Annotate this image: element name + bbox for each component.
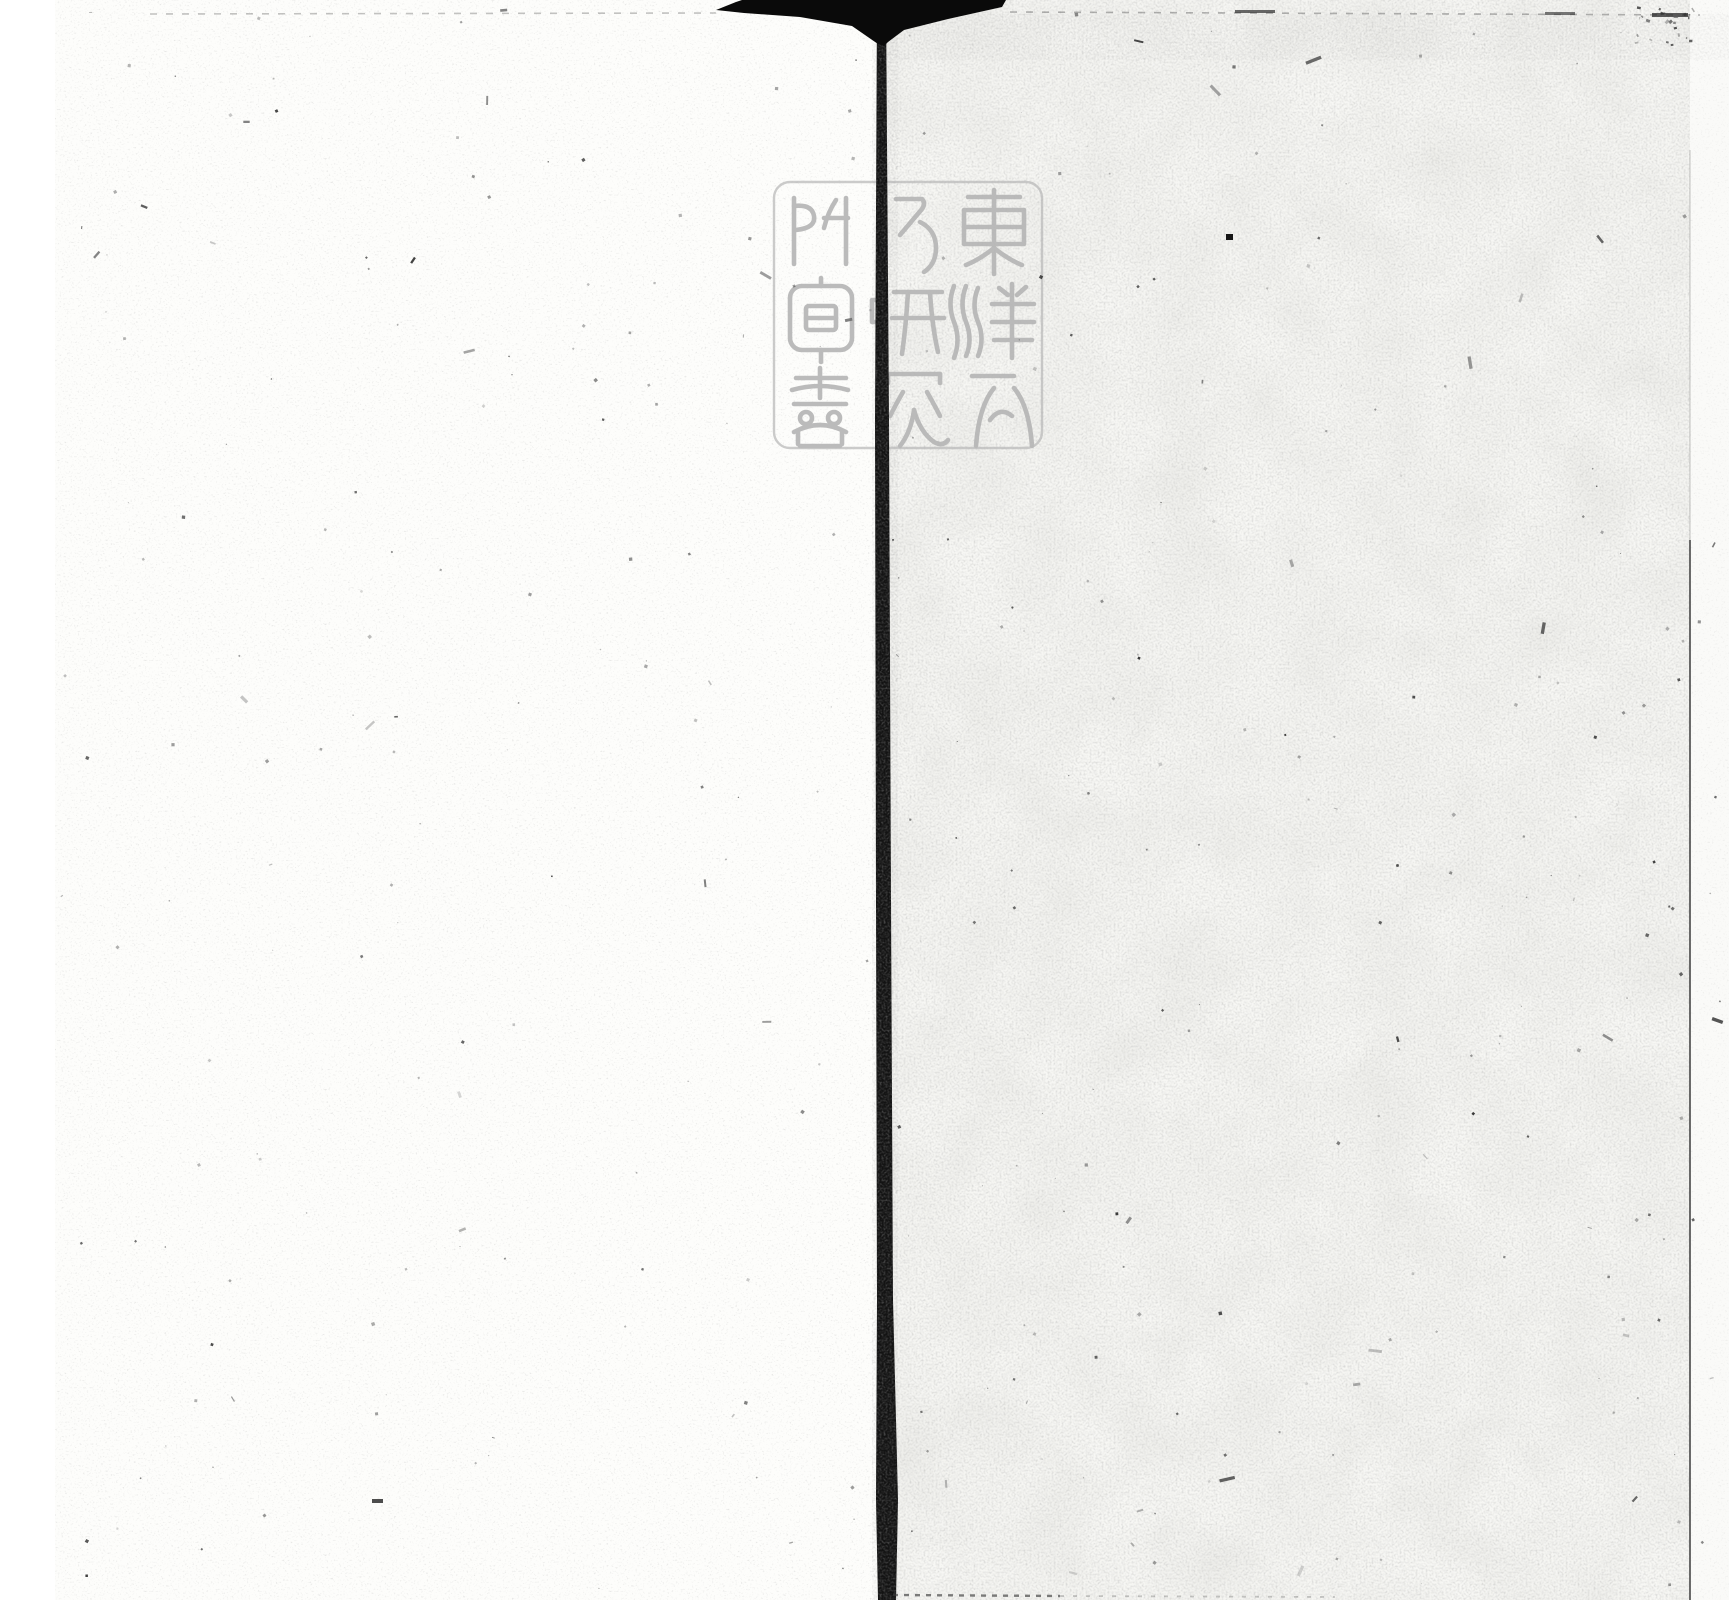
left-blank-page: [55, 0, 878, 1600]
scanned-book-spread: 東洋文化研究所圖書: [0, 0, 1729, 1600]
right-page-outer-margin: [1690, 0, 1729, 1600]
right-blank-page: [878, 0, 1690, 1600]
